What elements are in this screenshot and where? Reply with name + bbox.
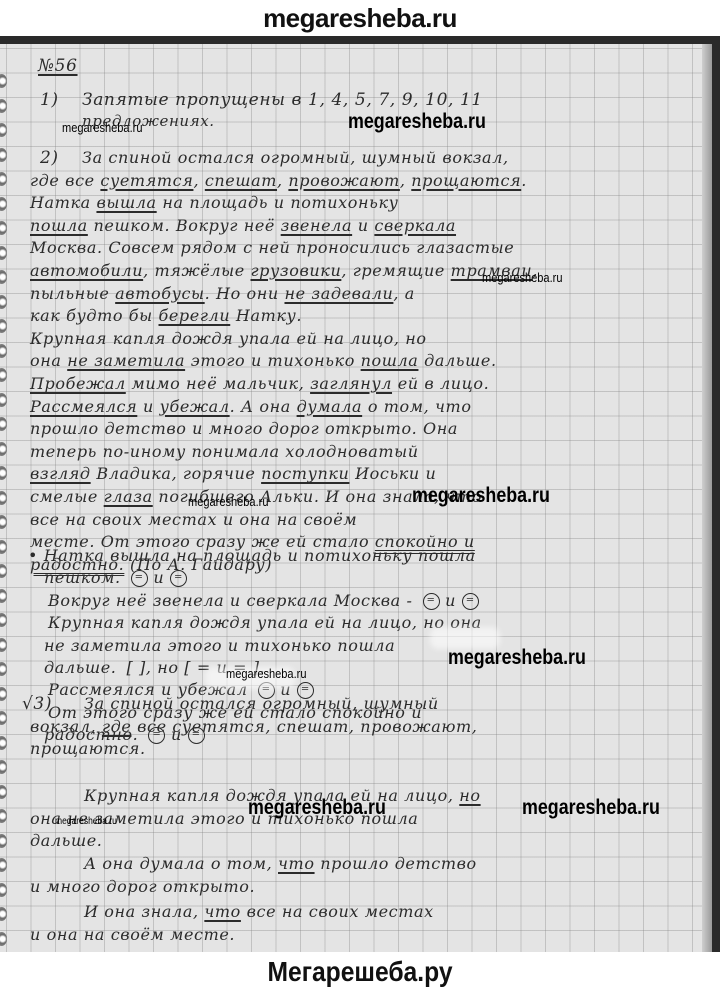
text-segment: прошло детство и много дорог открыто. Он… <box>30 419 458 438</box>
spiral-ring <box>0 564 7 578</box>
text-segment: За спиной остался огромный, шумный вокза… <box>82 148 509 167</box>
part2-line: взгляд Владика, горячие поступки Иоськи … <box>30 464 436 483</box>
text-segment: Натка <box>30 193 96 212</box>
underlined-predicate: прощаются <box>411 171 521 190</box>
text-segment: о том, что <box>362 397 471 416</box>
text-segment: За спиной остался огромный, шумный <box>84 694 439 713</box>
underlined-predicate: взгляд <box>30 464 91 483</box>
underlined-predicate: но <box>459 786 480 805</box>
spiral-ring <box>0 589 7 603</box>
text-segment: и <box>352 216 374 235</box>
spiral-ring <box>0 246 7 260</box>
underlined-predicate: Пробежал <box>30 374 126 393</box>
watermark-big: megaresheba.ru <box>348 110 486 134</box>
spiral-ring <box>0 221 7 235</box>
text-segment: А она думала о том, <box>84 854 278 873</box>
watermark-small: megaresheba.ru <box>62 120 142 135</box>
task-number-text: №56 <box>38 56 78 76</box>
text-segment: мимо неё мальчик, <box>126 374 310 393</box>
spiral-ring <box>0 74 7 88</box>
part2-line: Москва. Совсем рядом с ней проносились г… <box>30 238 514 257</box>
site-footer: Мегарешеба.ру <box>43 952 677 994</box>
text-segment: . Но они <box>205 284 285 303</box>
spiral-ring <box>0 760 7 774</box>
underlined-predicate: вышла <box>96 193 156 212</box>
spiral-ring <box>0 491 7 505</box>
part3-line: и она на своём месте. <box>30 925 235 944</box>
text-segment: дальше. <box>418 351 496 370</box>
spiral-ring <box>0 319 7 333</box>
text-segment: где все <box>30 171 100 190</box>
scheme-line: Крупная капля дождя упала ей на лицо, но… <box>48 613 482 632</box>
predicate-scheme-icon: = <box>423 593 440 610</box>
text-segment: Владика, горячие <box>91 464 261 483</box>
text-segment: все суетятся, спешат, провожают, <box>131 717 477 736</box>
part3-line: А она думала о том, что прошло детство <box>84 854 477 873</box>
part2-label: 2) <box>40 148 59 168</box>
spiral-ring <box>0 368 7 382</box>
site-header: megaresheba.ru <box>0 0 720 36</box>
spiral-ring <box>0 466 7 480</box>
underlined-predicate: спешат <box>205 171 277 190</box>
part2-line: пыльные автобусы. Но они не задевали, а <box>30 284 415 303</box>
underlined-predicate: думала <box>297 397 363 416</box>
text-segment: и много дорог открыто. <box>30 877 255 896</box>
part1-line1: Запятые пропущены в 1, 4, 5, 7, 9, 10, 1… <box>82 90 483 110</box>
part2-line: Пробежал мимо неё мальчик, заглянул ей в… <box>30 374 489 393</box>
spiral-ring <box>0 344 7 358</box>
text-segment: и <box>137 397 159 416</box>
spiral-ring <box>0 442 7 456</box>
part1-label: 1) <box>40 90 59 110</box>
text-segment: все на своих местах и она на своём <box>30 510 357 529</box>
spiral-ring <box>0 736 7 750</box>
text-segment: и она на своём месте. <box>30 925 235 944</box>
spiral-ring <box>0 834 7 848</box>
spiral-ring <box>0 711 7 725</box>
part3-line: И она знала, что все на своих местах <box>84 902 434 921</box>
scheme-line: Вокруг неё звенела и сверкала Москва -= … <box>48 591 479 610</box>
part3-line: вокзал, где все суетятся, спешат, провож… <box>30 717 478 736</box>
underlined-predicate: суетятся <box>100 171 193 190</box>
spiral-ring <box>0 687 7 701</box>
watermark-tiny: megaresheba.ru <box>55 816 117 827</box>
underlined-predicate: сверкала <box>374 216 456 235</box>
scheme-sentence: дальше. <box>44 658 117 677</box>
text-segment: на площадь и потихоньку <box>157 193 399 212</box>
spiral-ring <box>0 858 7 872</box>
text-segment: пыльные <box>30 284 115 303</box>
part2-line: как будто бы берегли Натку. <box>30 306 302 325</box>
spiral-ring <box>0 393 7 407</box>
predicate-scheme-icon: = <box>462 593 479 610</box>
underlined-predicate: поступки <box>261 464 349 483</box>
scheme-sentence: Вокруг неё звенела и сверкала Москва - <box>48 591 413 610</box>
part2-line: автомобили, тяжёлые грузовики, гремящие … <box>30 261 538 280</box>
part3-line: За спиной остался огромный, шумный <box>84 694 439 713</box>
part2-line: Рассмеялся и убежал. А она думала о том,… <box>30 397 472 416</box>
text-segment: вокзал, <box>30 717 102 736</box>
part2-line: где все суетятся, спешат, провожают, про… <box>30 171 527 190</box>
underlined-predicate: убежал <box>160 397 230 416</box>
text-segment: Крупная капля дождя упала ей на лицо, но <box>30 329 427 348</box>
watermark-big: megaresheba.ru <box>522 796 660 820</box>
text-segment: , <box>400 171 411 190</box>
underlined-predicate: заглянул <box>310 374 392 393</box>
watermark-small: megaresheba.ru <box>188 494 268 509</box>
underlined-predicate: звенела <box>281 216 352 235</box>
spiral-ring <box>0 123 7 137</box>
underlined-predicate: глаза <box>104 487 153 506</box>
predicate-scheme-icon: = <box>131 570 148 587</box>
text-segment: дальше. <box>30 831 103 850</box>
underlined-predicate: грузовики <box>251 261 342 280</box>
underlined-predicate: пошла <box>30 216 88 235</box>
text-segment: , <box>277 171 288 190</box>
text-segment: , гремящие <box>341 261 450 280</box>
text-segment: пешком. Вокруг неё <box>88 216 281 235</box>
part2-line: теперь по-иному понимала холодноватый <box>30 442 419 461</box>
part3-line: дальше. <box>30 831 103 850</box>
watermark-big: megaresheba.ru <box>248 796 386 820</box>
text-segment: Иоськи и <box>349 464 436 483</box>
part3-line: и много дорог открыто. <box>30 877 255 896</box>
spiral-ring <box>0 613 7 627</box>
text-segment: И она знала, <box>84 902 204 921</box>
spiral-ring <box>0 907 7 921</box>
scheme-conjunction: и <box>148 568 170 587</box>
text-segment: она <box>30 351 67 370</box>
spiral-ring <box>0 295 7 309</box>
text-segment: как будто бы <box>30 306 159 325</box>
watermark-small: megaresheba.ru <box>482 270 562 285</box>
spiral-ring <box>0 932 7 946</box>
notebook-photo: №56 1) Запятые пропущены в 1, 4, 5, 7, 9… <box>0 36 720 952</box>
underlined-predicate: пошла <box>361 351 419 370</box>
underlined-predicate: провожают <box>288 171 400 190</box>
text-segment: Натку. <box>230 306 302 325</box>
part2-line: Крупная капля дождя упала ей на лицо, но <box>30 329 427 348</box>
spiral-ring <box>0 99 7 113</box>
underlined-predicate: не задевали <box>284 284 393 303</box>
part3-label: √3) <box>22 694 52 714</box>
part2-line: За спиной остался огромный, шумный вокза… <box>82 148 509 167</box>
underlined-predicate: что <box>278 854 315 873</box>
text-segment: прощаются. <box>30 739 146 758</box>
text-segment: , тяжёлые <box>143 261 250 280</box>
scheme-sentence: не заметила этого и тихонько пошла <box>44 636 395 655</box>
task-number: №56 <box>38 56 78 76</box>
spiral-ring <box>0 197 7 211</box>
text-segment: . <box>521 171 527 190</box>
underlined-predicate: автобусы <box>115 284 205 303</box>
underlined-predicate: автомобили <box>30 261 143 280</box>
spiral-ring <box>0 270 7 284</box>
part2-line: прошло детство и много дорог открыто. Он… <box>30 419 458 438</box>
text-segment: , <box>193 171 204 190</box>
spiral-ring <box>0 148 7 162</box>
bullet-icon: • <box>28 546 44 565</box>
spiral-ring <box>0 638 7 652</box>
text-segment: смелые <box>30 487 104 506</box>
scheme-sentence: Натка вышла на площадь и потихоньку пошл… <box>44 546 476 565</box>
text-segment: . А она <box>230 397 297 416</box>
underlined-predicate: где <box>102 717 132 736</box>
text-segment: все на своих местах <box>241 902 434 921</box>
predicate-scheme-icon: = <box>170 570 187 587</box>
text-segment: теперь по-иному понимала холодноватый <box>30 442 419 461</box>
spiral-ring <box>0 172 7 186</box>
underlined-predicate: берегли <box>159 306 231 325</box>
spiral-ring <box>0 785 7 799</box>
part2-line: она не заметила этого и тихонько пошла д… <box>30 351 497 370</box>
spiral-ring <box>0 662 7 676</box>
scheme-sentence: пешком. <box>44 568 121 587</box>
text-segment: ей в лицо. <box>392 374 489 393</box>
spiral-ring <box>0 809 7 823</box>
spiral-ring <box>0 515 7 529</box>
watermark-big: megaresheba.ru <box>412 484 550 508</box>
scheme-line: • Натка вышла на площадь и потихоньку по… <box>28 546 476 565</box>
text-segment: этого и тихонько <box>185 351 361 370</box>
underlined-predicate: что <box>204 902 241 921</box>
text-segment: , а <box>393 284 415 303</box>
scheme-line: не заметила этого и тихонько пошла <box>44 636 395 655</box>
scheme-sentence: Крупная капля дождя упала ей на лицо, но… <box>48 613 482 632</box>
spiral-ring <box>0 540 7 554</box>
watermark-small: megaresheba.ru <box>226 666 306 681</box>
watermark-big: megaresheba.ru <box>448 646 586 670</box>
part2-line: Натка вышла на площадь и потихоньку <box>30 193 399 212</box>
spiral-ring <box>0 417 7 431</box>
scheme-conjunction: и <box>440 591 462 610</box>
text-segment: прошло детство <box>315 854 477 873</box>
scheme-line: пешком.= и = <box>44 568 187 587</box>
spiral-ring <box>0 883 7 897</box>
text-segment: Москва. Совсем рядом с ней проносились г… <box>30 238 514 257</box>
part3-line: прощаются. <box>30 739 146 758</box>
underlined-predicate: не заметила <box>67 351 185 370</box>
part2-line: все на своих местах и она на своём <box>30 510 357 529</box>
underlined-predicate: Рассмеялся <box>30 397 137 416</box>
part2-line: пошла пешком. Вокруг неё звенела и сверк… <box>30 216 456 235</box>
